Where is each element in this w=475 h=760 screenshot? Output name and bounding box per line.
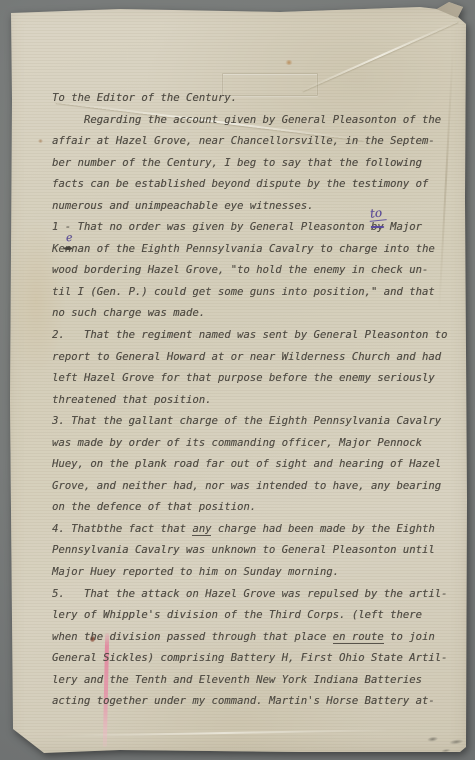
text-segment: to join: [384, 631, 435, 643]
text-line: Kenenan of the Eighth Pennsylvania Caval…: [52, 239, 466, 261]
text-segment: left Hazel Grove for that purpose before…: [52, 372, 435, 384]
text-segment: threatened that position.: [52, 394, 211, 406]
paper-crease: [302, 21, 458, 92]
text-line: Grove, and neither had, nor was intended…: [52, 476, 466, 498]
text-segment: 1 - That no order was given by General P…: [52, 221, 371, 233]
text-line: threatened that position.: [52, 390, 466, 412]
text-line: no such charge was made.: [52, 303, 466, 325]
stain-speck: [38, 139, 43, 143]
text-line: 3. That the gallant charge of the Eighth…: [52, 411, 466, 433]
text-segment: 2. That the regiment named was sent by G…: [52, 329, 447, 341]
text-segment: affair at Hazel Grove, near Chancellorsv…: [52, 135, 435, 147]
text-line: left Hazel Grove for that purpose before…: [52, 368, 466, 390]
text-segment: wood bordering Hazel Grove, "to hold the…: [52, 264, 428, 276]
text-segment-u: any: [192, 523, 211, 536]
text-segment-u: en route: [333, 631, 384, 644]
text-line: facts can be established beyond dispute …: [52, 174, 466, 196]
scanned-page-wrap: To the Editor of the Century. Regarding …: [0, 0, 475, 760]
text-line: til I (Gen. P.) could get some guns into…: [52, 282, 466, 304]
text-line: lery and the Tenth and Eleventh New York…: [52, 670, 466, 692]
text-segment: on the defence of that position.: [52, 501, 256, 513]
text-line: 5. That the attack on Hazel Grove was re…: [52, 584, 466, 606]
text-segment: Grove, and neither had, nor was intended…: [52, 480, 441, 492]
text-segment: acting together under my command. Martin…: [52, 695, 435, 707]
handwritten-correction: e: [64, 231, 76, 245]
text-segment: 4. Thatbthe fact that: [52, 523, 192, 535]
text-segment: Major: [384, 221, 422, 233]
text-segment: no such charge was made.: [52, 307, 205, 319]
text-segment: numerous and unimpeachable eye witnesses…: [52, 200, 314, 212]
text-line: on the defence of that position.: [52, 497, 466, 519]
text-line: when the division passed through that pl…: [52, 627, 466, 649]
text-segment: General Sickles) comprising Battery H, F…: [52, 652, 447, 664]
pencil-smudge: [423, 727, 472, 757]
handwritten-correction: to: [368, 206, 386, 222]
text-segment: when the division passed through that pl…: [52, 631, 333, 643]
stain-speck: [285, 60, 293, 65]
text-line: affair at Hazel Grove, near Chancellorsv…: [52, 131, 466, 153]
text-segment: facts can be established beyond dispute …: [52, 178, 428, 190]
text-line: 4. Thatbthe fact that any charge had bee…: [52, 519, 466, 541]
text-line: lery of Whipple's division of the Third …: [52, 605, 466, 627]
text-line: wood bordering Hazel Grove, "to hold the…: [52, 260, 466, 282]
text-segment: was made by order of its commanding offi…: [52, 437, 422, 449]
text-segment: lery of Whipple's division of the Third …: [52, 609, 422, 621]
text-segment: til I (Gen. P.) could get some guns into…: [52, 286, 435, 298]
text-segment: ber number of the Century, I beg to say …: [52, 157, 422, 169]
text-segment: nan of the Eighth Pennsylvania Cavalry t…: [71, 243, 435, 255]
paper-sheet: To the Editor of the Century. Regarding …: [0, 0, 475, 760]
text-line: 1 - That no order was given by General P…: [52, 217, 466, 239]
text-line: was made by order of its commanding offi…: [52, 433, 466, 455]
text-segment: Major Huey reported to him on Sunday mor…: [52, 566, 339, 578]
text-line: To the Editor of the Century.: [52, 88, 466, 110]
text-line: General Sickles) comprising Battery H, F…: [52, 648, 466, 670]
text-line: report to General Howard at or near Wild…: [52, 347, 466, 369]
text-line: Major Huey reported to him on Sunday mor…: [52, 562, 466, 584]
text-segment: lery and the Tenth and Eleventh New York…: [52, 674, 422, 686]
text-segment-strike: byto: [371, 221, 384, 233]
text-segment: charge had been made by the Eighth: [211, 523, 434, 535]
text-segment: Regarding the account given by General P…: [52, 114, 441, 126]
text-line: 2. That the regiment named was sent by G…: [52, 325, 466, 347]
text-segment: Pennsylvania Cavalry was unknown to Gene…: [52, 544, 435, 556]
paper-crease: [60, 729, 390, 737]
text-line: Pennsylvania Cavalry was unknown to Gene…: [52, 540, 466, 562]
text-line: acting together under my command. Martin…: [52, 691, 466, 713]
text-segment: report to General Howard at or near Wild…: [52, 351, 441, 363]
document-body: To the Editor of the Century. Regarding …: [52, 88, 466, 713]
text-segment: Ke: [52, 243, 65, 255]
text-line: ber number of the Century, I beg to say …: [52, 153, 466, 175]
text-segment: Huey, on the plank road far out of sight…: [52, 458, 441, 470]
text-line: numerous and unimpeachable eye witnesses…: [52, 196, 466, 218]
text-segment: 3. That the gallant charge of the Eighth…: [52, 415, 441, 427]
folded-corner: [436, 2, 464, 20]
text-segment: 5. That the attack on Hazel Grove was re…: [52, 588, 447, 600]
text-line: Regarding the account given by General P…: [52, 110, 466, 132]
text-line: Huey, on the plank road far out of sight…: [52, 454, 466, 476]
text-segment-blot: ne: [65, 243, 71, 255]
text-segment: To the Editor of the Century.: [52, 92, 237, 104]
